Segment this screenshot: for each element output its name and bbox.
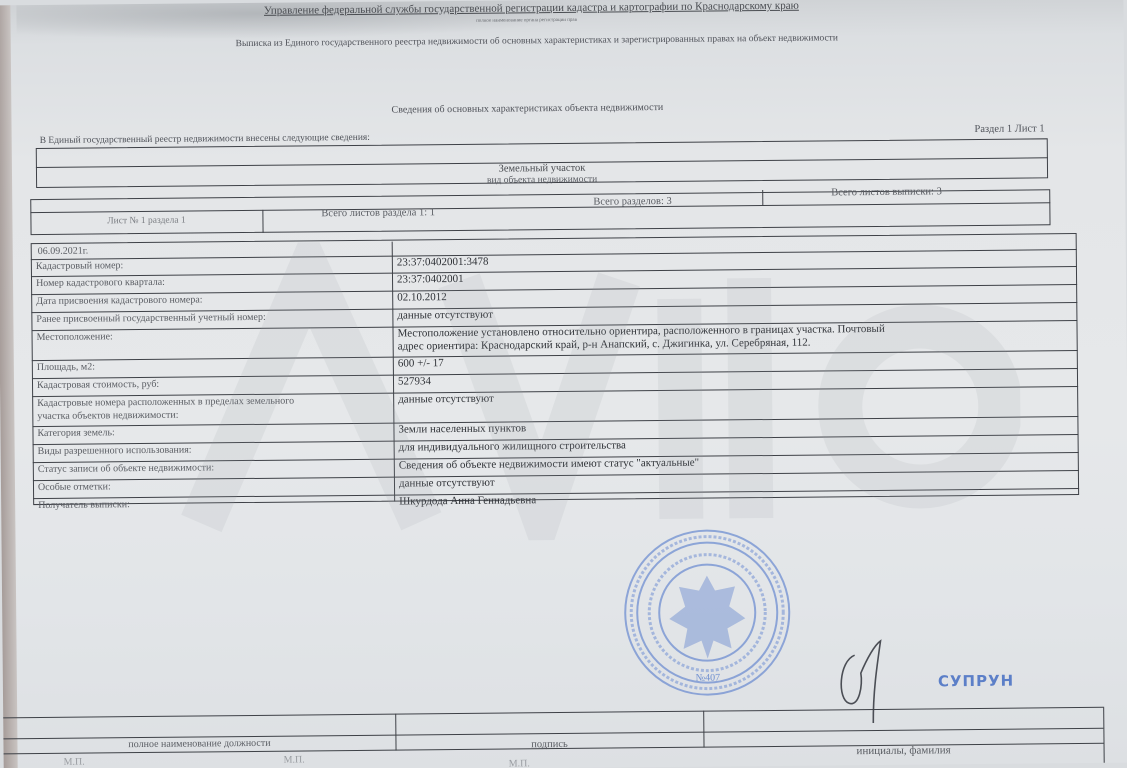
document-page: Управление федеральной службы государств… bbox=[0, 0, 1127, 768]
extract-date: 06.09.2021г. bbox=[35, 245, 89, 259]
total-sheets: Всего листов выписки: 3 bbox=[828, 185, 942, 199]
footer-line bbox=[3, 707, 1103, 719]
signature-caption: подпись bbox=[395, 737, 703, 753]
total-sections: Всего разделов: 3 bbox=[590, 195, 672, 209]
stamp-name: СУПРУН bbox=[938, 672, 1014, 691]
mp-mark: М.П. bbox=[284, 754, 305, 765]
row-label: Кадастровые номера расположенных в преде… bbox=[34, 394, 391, 423]
name-caption: инициалы, фамилия bbox=[704, 743, 1104, 760]
section-intro: В Единый государственный реестр недвижим… bbox=[40, 133, 370, 146]
handwritten-signature bbox=[832, 637, 893, 728]
sheet-number: Лист № 1 раздела 1 bbox=[30, 214, 262, 229]
svg-text:№407: №407 bbox=[696, 672, 721, 683]
section-sheets-count: Всего листов раздела 1: 1 bbox=[318, 206, 435, 220]
section-title: Сведения об основных характеристиках объ… bbox=[327, 101, 727, 116]
mp-mark: М.П. bbox=[509, 758, 530, 768]
divider bbox=[262, 210, 263, 233]
divider bbox=[762, 190, 763, 206]
official-seal-icon: №407 bbox=[616, 520, 798, 702]
paper-edge bbox=[0, 5, 18, 768]
mp-mark: М.П. bbox=[64, 757, 85, 768]
row-label: Получатель выписки: bbox=[35, 496, 392, 512]
section-sheet-label: Раздел 1 Лист 1 bbox=[974, 123, 1044, 135]
